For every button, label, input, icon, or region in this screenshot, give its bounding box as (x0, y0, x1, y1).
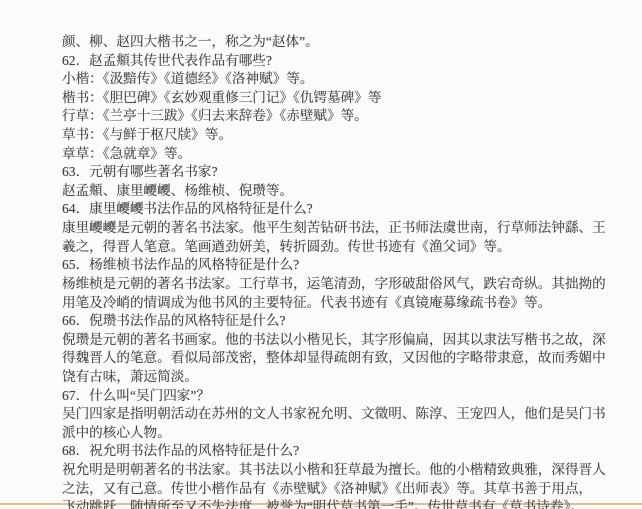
text-line: 倪瓒是元朝的著名书画家。他的书法以小楷见长，其字形偏扁，因其以隶法写楷书之故，深 (62, 331, 606, 350)
text-line: 饶有古味，萧远简淡。 (62, 368, 606, 387)
text-line: 楷书：《胆巴碑》《玄妙观重修三门记》《仇锷墓碑》等 (62, 89, 606, 108)
document-page: 颜、柳、赵四大楷书之一，称之为“赵体”。 62．赵孟頫其传世代表作品有哪些? 小… (0, 0, 642, 509)
text-line: 飞动跳跃，随情所至又不失法度，被誉为“明代草书第一手”。传世草书有《草书诗卷》。 (62, 498, 606, 509)
text-line: 派中的核心人物。 (62, 424, 606, 443)
text-line: 草书：《与鲜于枢尺牍》等。 (62, 126, 606, 145)
document-text-block: 颜、柳、赵四大楷书之一，称之为“赵体”。 62．赵孟頫其传世代表作品有哪些? 小… (62, 33, 606, 509)
text-line: 得魏晋人的笔意。看似局部茂密，整体却显得疏朗有致，又因他的字略带隶意，故而秀媚中 (62, 349, 606, 368)
text-line: 小楷：《汲黯传》《道德经》《洛神赋》等。 (62, 70, 606, 89)
text-line: 68．祝允明书法作品的风格特征是什么? (62, 442, 606, 461)
text-line: 66．倪瓒书法作品的风格特征是什么? (62, 312, 606, 331)
text-line: 62．赵孟頫其传世代表作品有哪些? (62, 52, 606, 71)
text-line: 羲之，得晋人笔意。笔画遒劲妍美，转折圆劲。传世书迹有《渔父词》等。 (62, 238, 606, 257)
text-line: 65．杨维桢书法作品的风格特征是什么? (62, 256, 606, 275)
text-line: 行草：《兰亭十三跋》《归去来辞卷》《赤壁赋》等。 (62, 107, 606, 126)
text-line: 杨维桢是元朝的著名书法家。工行草书，运笔清劲，字形破甜俗风气，跌宕奇纵。其拙拗的 (62, 275, 606, 294)
text-line: 赵孟頫、康里巎巎、杨维桢、倪瓒等。 (62, 182, 606, 201)
text-line: 之法，又有己意。传世小楷作品有《赤壁赋》《洛神赋》《出师表》等。其草书善于用点， (62, 480, 606, 499)
text-line: 67．什么叫“吴门四家”？ (62, 387, 606, 406)
text-line: 颜、柳、赵四大楷书之一，称之为“赵体”。 (62, 33, 606, 52)
text-line: 章草：《急就章》等。 (62, 145, 606, 164)
text-line: 康里巎巎是元朝的著名书法家。他平生刻苦钻研书法，正书师法虞世南，行草师法钟繇、王 (62, 219, 606, 238)
text-line: 63．元朝有哪些著名书家? (62, 163, 606, 182)
text-line: 吴门四家是指明朝活动在苏州的文人书家祝允明、文徵明、陈淳、王宠四人，他们是吴门书 (62, 405, 606, 424)
text-line: 用笔及冷峭的情调成为他书风的主要特征。代表书迹有《真镜庵募缘疏书卷》等。 (62, 294, 606, 313)
text-line: 64．康里巎巎书法作品的风格特征是什么? (62, 200, 606, 219)
text-line: 祝允明是明朝著名的书法家。其书法以小楷和狂草最为擅长。他的小楷精致典雅，深得晋人 (62, 461, 606, 480)
